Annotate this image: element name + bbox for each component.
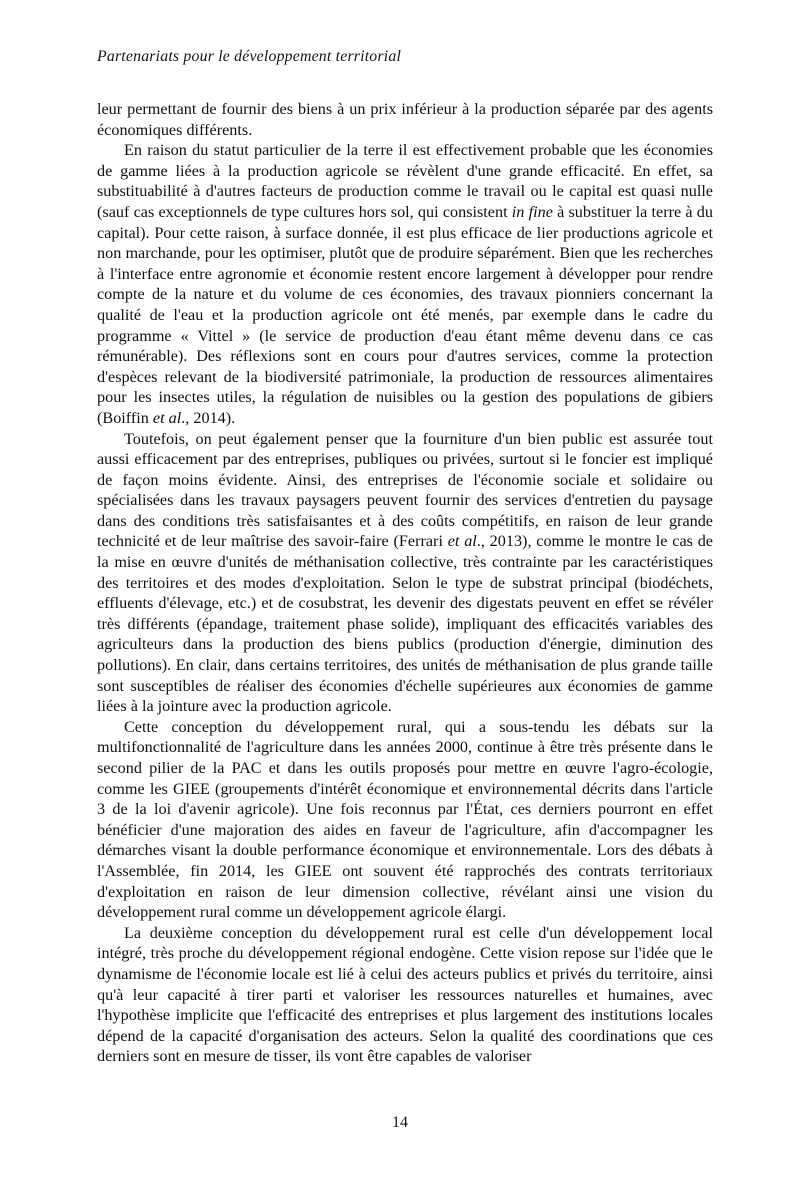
page-number: 14	[0, 1114, 800, 1132]
book-page: Partenariats pour le développement terri…	[0, 0, 800, 1200]
text-segment: leur permettant de fournir des biens à u…	[97, 100, 713, 139]
text-segment: ., 2014).	[181, 409, 235, 427]
italic-text-segment: et al	[448, 532, 477, 550]
paragraph: En raison du statut particulier de la te…	[97, 140, 713, 428]
text-segment: à substituer la terre à du capital). Pou…	[97, 203, 713, 427]
running-header: Partenariats pour le développement terri…	[97, 48, 713, 66]
paragraph: La deuxième conception du développement …	[97, 923, 713, 1067]
text-segment: ., 2013), comme le montre le cas de la m…	[97, 532, 713, 715]
body-text: leur permettant de fournir des biens à u…	[97, 99, 713, 1067]
text-segment: La deuxième conception du développement …	[97, 924, 713, 1066]
paragraph: leur permettant de fournir des biens à u…	[97, 99, 713, 140]
italic-text-segment: et al	[153, 409, 181, 427]
text-segment: Cette conception du développement rural,…	[97, 718, 713, 921]
paragraph: Toutefois, on peut également penser que …	[97, 429, 713, 717]
italic-text-segment: in fine	[512, 203, 553, 221]
paragraph: Cette conception du développement rural,…	[97, 717, 713, 923]
